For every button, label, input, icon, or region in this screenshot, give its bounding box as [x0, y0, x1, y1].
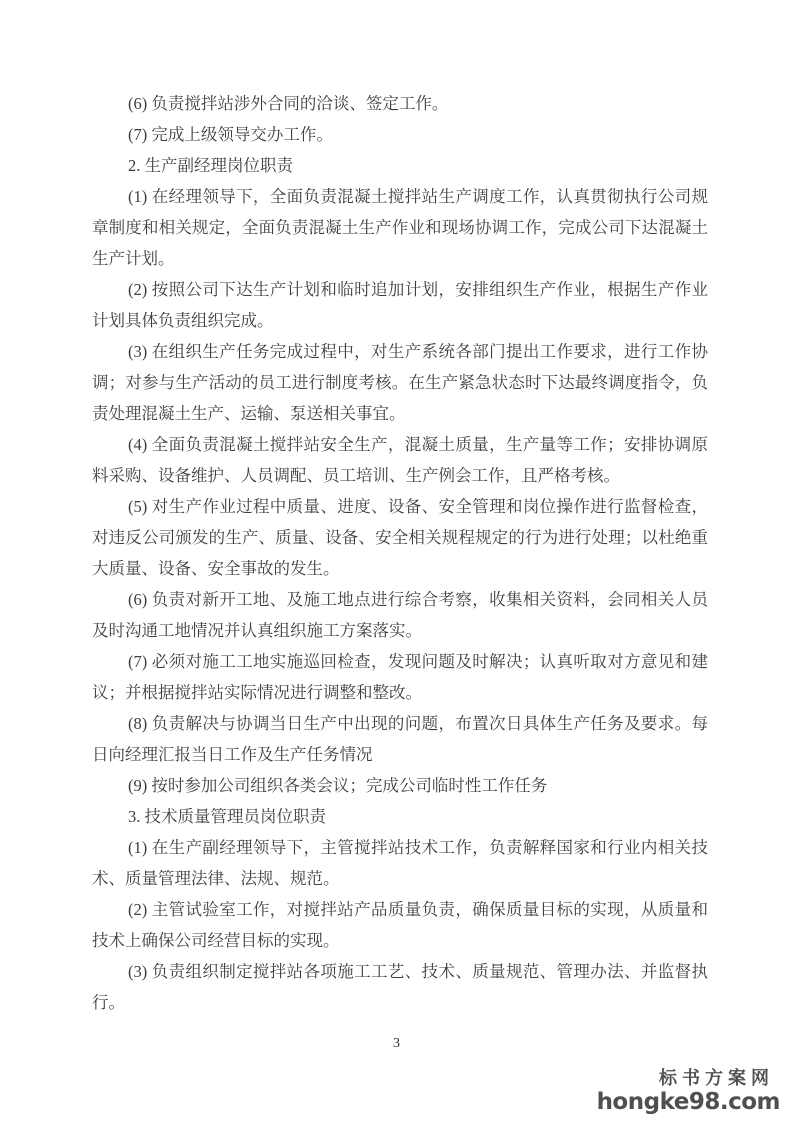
- watermark-site-name: 标书方案网: [597, 1070, 774, 1088]
- paragraph: (2) 按照公司下达生产计划和临时追加计划，安排组织生产作业，根据生产作业计划具…: [92, 274, 708, 336]
- document-page: (6) 负责搅拌站涉外合同的洽谈、签定工作。(7) 完成上级领导交办工作。2. …: [0, 0, 793, 1122]
- paragraph: (3) 在组织生产任务完成过程中，对生产系统各部门提出工作要求，进行工作协调；对…: [92, 336, 708, 429]
- section-heading: 3. 技术质量管理员岗位职责: [92, 801, 708, 832]
- page-number: 3: [0, 1036, 793, 1052]
- paragraph: (7) 必须对施工工地实施巡回检查，发现问题及时解决；认真听取对方意见和建议；并…: [92, 646, 708, 708]
- watermark-site-url: hongke98.com: [597, 1091, 780, 1114]
- paragraph: (1) 在生产副经理领导下，主管搅拌站技术工作，负责解释国家和行业内相关技术、质…: [92, 832, 708, 894]
- paragraph: (3) 负责组织制定搅拌站各项施工工艺、技术、质量规范、管理办法、并监督执行。: [92, 956, 708, 1018]
- paragraph: (8) 负责解决与协调当日生产中出现的问题，布置次日具体生产任务及要求。每日向经…: [92, 708, 708, 770]
- watermark: 标书方案网 hongke98.com: [597, 1070, 780, 1114]
- paragraph: (2) 主管试验室工作，对搅拌站产品质量负责，确保质量目标的实现，从质量和技术上…: [92, 894, 708, 956]
- section-heading: 2. 生产副经理岗位职责: [92, 150, 708, 181]
- paragraph: (1) 在经理领导下，全面负责混凝土搅拌站生产调度工作，认真贯彻执行公司规章制度…: [92, 181, 708, 274]
- document-body: (6) 负责搅拌站涉外合同的洽谈、签定工作。(7) 完成上级领导交办工作。2. …: [92, 88, 708, 1018]
- paragraph: (4) 全面负责混凝土搅拌站安全生产，混凝土质量，生产量等工作；安排协调原料采购…: [92, 429, 708, 491]
- paragraph: (6) 负责搅拌站涉外合同的洽谈、签定工作。: [92, 88, 708, 119]
- paragraph: (9) 按时参加公司组织各类会议；完成公司临时性工作任务: [92, 770, 708, 801]
- paragraph: (5) 对生产作业过程中质量、进度、设备、安全管理和岗位操作进行监督检查，对违反…: [92, 491, 708, 584]
- paragraph: (7) 完成上级领导交办工作。: [92, 119, 708, 150]
- paragraph: (6) 负责对新开工地、及施工地点进行综合考察，收集相关资料，会同相关人员及时沟…: [92, 584, 708, 646]
